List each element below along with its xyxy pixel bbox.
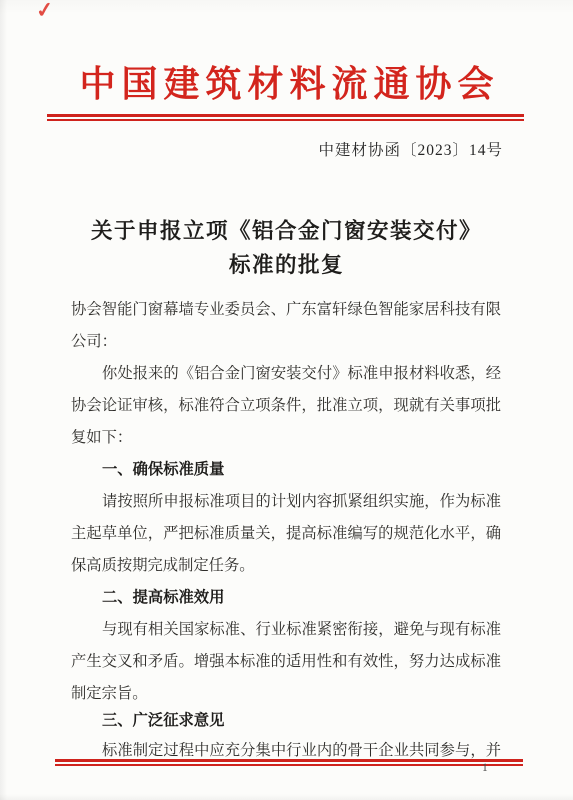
red-checkmark-annotation: ✓ xyxy=(35,0,55,24)
header-divider xyxy=(47,114,524,121)
doc-number: 中建材协函〔2023〕14号 xyxy=(0,138,503,160)
doc-title: 关于申报立项《铝合金门窗安装交付》 标准的批复 xyxy=(0,214,573,282)
document-page: ✓ 中国建筑材料流通协会 中建材协函〔2023〕14号 关于申报立项《铝合金门窗… xyxy=(0,0,573,800)
doc-body: 协会智能门窗幕墙专业委员会、广东富轩绿色智能家居科技有限 公司： 你处报来的《铝… xyxy=(71,294,501,767)
body-line: 公司： xyxy=(71,326,501,358)
body-section-heading: 一、确保标准质量 xyxy=(71,454,501,486)
org-title: 中国建筑材料流通协会 xyxy=(0,56,573,107)
body-line: 协会智能门窗幕墙专业委员会、广东富轩绿色智能家居科技有限 xyxy=(71,294,501,326)
body-line: 协会论证审核，标准符合立项条件，批准立项，现就有关事项批 xyxy=(71,390,501,422)
doc-title-line2: 标准的批复 xyxy=(0,248,573,282)
body-line: 复如下： xyxy=(71,422,501,454)
body-line: 主起草单位，严把标准质量关，提高标准编写的规范化水平，确 xyxy=(71,518,501,550)
body-line: 你处报来的《铝合金门窗安装交付》标准申报材料收悉，经 xyxy=(71,358,501,390)
body-line: 产生交叉和矛盾。增强本标准的适用性和有效性，努力达成标准 xyxy=(71,646,501,678)
page-number: 1 xyxy=(482,762,488,774)
body-line: 与现有相关国家标准、行业标准紧密衔接，避免与现有标准 xyxy=(71,614,501,646)
body-section-heading: 二、提高标准效用 xyxy=(71,582,501,614)
body-section-heading: 三、广泛征求意见 xyxy=(71,705,501,737)
doc-title-line1: 关于申报立项《铝合金门窗安装交付》 xyxy=(0,214,573,248)
body-line: 请按照所申报标准项目的计划内容抓紧组织实施，作为标准 xyxy=(71,486,501,518)
body-line: 保高质按期完成制定任务。 xyxy=(71,550,501,582)
footer-divider xyxy=(55,759,523,766)
